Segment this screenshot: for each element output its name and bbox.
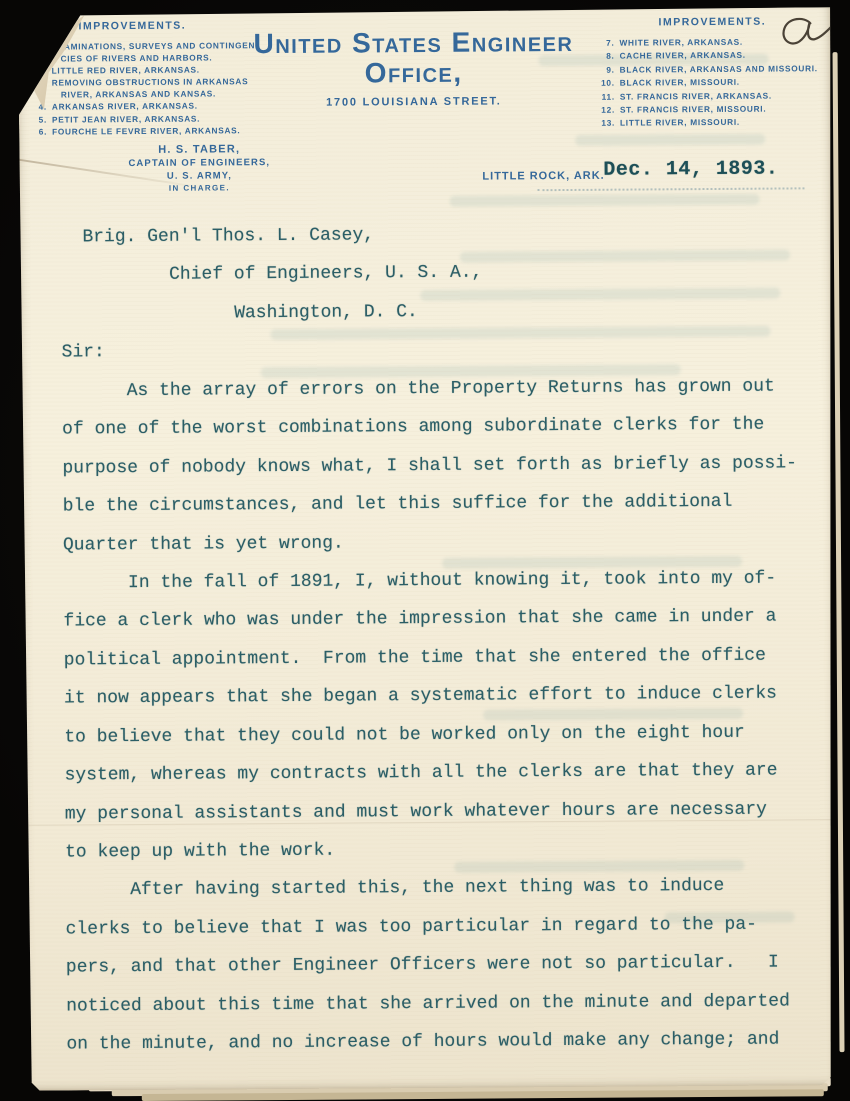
list-item-text: CIES OF RIVERS AND HARBORS. (52, 52, 213, 65)
typed-line: my personal assistants and must work wha… (65, 790, 831, 834)
list-item-number: 7. (594, 37, 619, 51)
typed-line: it now appears that she began a systemat… (64, 674, 830, 718)
list-item-text: BLACK RIVER, ARKANSAS AND MISSOURI. (620, 62, 818, 77)
typed-line: pers, and that other Engineer Officers w… (66, 943, 832, 987)
list-item-number: 1. (26, 41, 51, 53)
typed-line: to believe that they could not be worked… (64, 713, 830, 757)
officer-title: CAPTAIN OF ENGINEERS, (99, 156, 299, 170)
list-item-text: ST. FRANCIS RIVER, MISSOURI. (620, 103, 766, 117)
list-item-text: ST. FRANCIS RIVER, ARKANSAS. (620, 89, 772, 103)
list-item: 13.LITTLE RIVER, MISSOURI. (595, 116, 831, 131)
typed-line: on the minute, and no increase of hours … (66, 1020, 832, 1064)
photographed-letter-scan: { "colors": { "print_blue": "#35689a", "… (0, 0, 850, 1101)
typed-line: political appointment. From the time tha… (64, 636, 830, 680)
list-item-text: LITTLE RED RIVER, ARKANSAS. (52, 64, 200, 77)
typed-line: ble the circumstances, and let this suff… (63, 482, 829, 526)
typed-line: Chief of Engineers, U. S. A., (61, 252, 827, 296)
office-title-line2: Office, (199, 57, 629, 90)
list-item-number: 6. (27, 125, 52, 137)
list-item-number: 11. (595, 90, 620, 104)
typed-line: Brig. Gen'l Thos. L. Casey, (61, 213, 827, 257)
list-item-number: 12. (595, 104, 620, 118)
typed-line: Sir: (61, 328, 827, 372)
list-item-number: 13. (595, 117, 620, 131)
list-item: 9.BLACK RIVER, ARKANSAS AND MISSOURI. (595, 62, 831, 77)
masthead: United States Engineer Office, 1700 LOUI… (198, 27, 629, 110)
typed-line: fice a clerk who was under the impressio… (63, 598, 829, 642)
list-item-text: WHITE RIVER, ARKANSAS. (619, 36, 743, 50)
list-item-text: BLACK RIVER, MISSOURI. (620, 76, 740, 90)
typed-date: Dec. 14, 1893. (603, 158, 778, 182)
typed-line: In the fall of 1891, I, without knowing … (63, 559, 829, 603)
list-item-text: PETIT JEAN RIVER, ARKANSAS. (52, 112, 200, 125)
paper-stack: IMPROVEMENTS. 1.EXAMINATIONS, SURVEYS AN… (0, 0, 850, 1101)
bleed-through-smudge (575, 134, 765, 146)
list-item-text: ARKANSAS RIVER, ARKANSAS. (52, 100, 198, 113)
typed-line: clerks to believe that I was too particu… (66, 905, 832, 949)
list-item-text: RIVER, ARKANSAS AND KANSAS. (52, 88, 216, 101)
typed-line: to keep up with the work. (65, 828, 831, 872)
typed-line: Washington, D. C. (61, 290, 827, 334)
handwritten-mark (774, 9, 846, 58)
bleed-through-smudge (450, 194, 760, 207)
list-item-number: 10. (595, 77, 620, 91)
typed-line: noticed about this time that she arrived… (66, 982, 832, 1026)
typed-line: Quarter that is yet wrong. (63, 521, 829, 565)
list-item-number: 5. (27, 113, 52, 125)
list-item-number (27, 53, 52, 65)
list-item: 6.FOURCHE LE FEVRE RIVER, ARKANSAS. (27, 124, 269, 138)
typed-line: purpose of nobody knows what, I shall se… (62, 444, 828, 488)
list-item-text: LITTLE RIVER, MISSOURI. (620, 116, 740, 130)
typed-line: After having started this, the next thin… (65, 867, 831, 911)
letter-sheet: IMPROVEMENTS. 1.EXAMINATIONS, SURVEYS AN… (18, 7, 838, 1091)
under-sheet-edge (833, 52, 845, 1052)
office-street-address: 1700 LOUISIANA STREET. (199, 95, 629, 110)
list-item-text: CACHE RIVER, ARKANSAS. (620, 49, 746, 63)
list-item-number: 4. (27, 101, 52, 113)
list-item-number: 8. (595, 50, 620, 64)
list-item-text: FOURCHE LE FEVRE RIVER, ARKANSAS. (52, 124, 240, 137)
list-item-number: 9. (595, 63, 620, 77)
office-title-line1: United States Engineer (198, 27, 628, 60)
typed-line: of one of the worst combinations among s… (62, 405, 828, 449)
letter-body: Brig. Gen'l Thos. L. Casey, Chief of Eng… (61, 213, 833, 1064)
typed-line: system, whereas my contracts with all th… (64, 751, 830, 795)
typed-line: As the array of errors on the Property R… (62, 367, 828, 411)
officer-role: IN CHARGE. (99, 182, 299, 195)
